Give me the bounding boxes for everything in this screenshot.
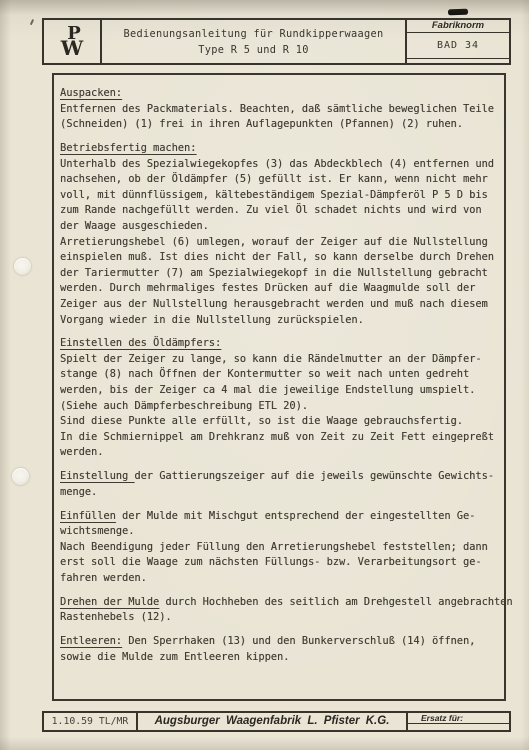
revision-date-code: 1.10.59 TL/MR xyxy=(44,713,138,730)
body-heading-text: Einstellung xyxy=(60,470,134,482)
body-text-segment: Arretierungshebel (6) umlegen, worauf de… xyxy=(60,236,488,248)
norm-empty-row xyxy=(407,59,509,63)
body-line: werden. xyxy=(60,445,526,461)
body-line: zum Rande nachgefüllt werden. Zu viel Öl… xyxy=(60,203,526,219)
body-line: Einfüllen der Mulde mit Mischgut entspre… xyxy=(60,509,526,525)
body-text: Auspacken:Entfernen des Packmaterials. B… xyxy=(60,86,526,665)
body-heading-text: Drehen der Mulde xyxy=(60,596,159,608)
punch-hole xyxy=(12,468,29,485)
body-line: Einstellen des Öldämpfers: xyxy=(60,336,526,352)
body-line: Vorgang wieder in die Nullstellung zurüc… xyxy=(60,313,526,329)
body-line: werden, bis der Zeiger ca 4 mal die jewe… xyxy=(60,383,526,399)
footer-box: 1.10.59 TL/MR Augsburger Waagenfabrik L.… xyxy=(42,711,511,732)
body-text-segment: werden. xyxy=(60,446,103,458)
body-line: fahren werden. xyxy=(60,571,526,587)
punch-hole xyxy=(14,258,31,275)
body-text-segment: Vorgang wieder in die Nullstellung zurüc… xyxy=(60,314,364,326)
body-text-segment: (Siehe auch Dämpferbeschreibung ETL 20). xyxy=(60,400,308,412)
body-text-segment: der Mulde mit Mischgut entsprechend der … xyxy=(116,510,476,522)
ink-smudge xyxy=(448,9,468,16)
body-text-segment: menge. xyxy=(60,486,97,498)
body-text-segment: Unterhalb des Spezialwiegekopfes (3) das… xyxy=(60,158,494,170)
body-line: Unterhalb des Spezialwiegekopfes (3) das… xyxy=(60,157,526,173)
body-text-segment: der Gattierungszeiger auf die jeweils ge… xyxy=(134,470,494,482)
body-text-segment: Spielt der Zeiger zu lange, so kann die … xyxy=(60,353,482,365)
body-line: Entfernen des Packmaterials. Beachten, d… xyxy=(60,102,526,118)
body-heading-text: Betriebsfertig machen: xyxy=(60,142,196,154)
title-line-1: Bedienungsanleitung für Rundkipperwaagen xyxy=(124,28,384,40)
norm-label: Fabriknorm xyxy=(407,20,509,33)
body-line: Arretierungshebel (6) umlegen, worauf de… xyxy=(60,235,526,251)
body-line: Betriebsfertig machen: xyxy=(60,141,526,157)
body-heading-text: Auspacken: xyxy=(60,87,122,99)
body-heading-text: Einfüllen xyxy=(60,510,116,522)
body-text-segment: Entfernen des Packmaterials. Beachten, d… xyxy=(60,103,494,115)
body-line: Rastenhebels (12). xyxy=(60,610,526,626)
body-line: In die Schmiernippel am Drehkranz muß vo… xyxy=(60,430,526,446)
body-line: Drehen der Mulde durch Hochheben des sei… xyxy=(60,595,526,611)
body-line: (Schneiden) (1) frei in ihren Auflagepun… xyxy=(60,117,526,133)
body-line: der Tariermutter (7) am Spezialwiegekopf… xyxy=(60,266,526,282)
norm-number: BAD 34 xyxy=(407,33,509,59)
body-text-segment: werden. Durch mehrmaliges festes Drücken… xyxy=(60,282,475,294)
body-text-segment: durch Hochheben des seitlich am Drehgest… xyxy=(159,596,512,608)
body-line: Zeiger aus der Nullstellung herausgebrac… xyxy=(60,297,526,313)
body-text-segment: einspielen muß. Ist dies nicht der Fall,… xyxy=(60,251,494,263)
body-text-segment: (Schneiden) (1) frei in ihren Auflagepun… xyxy=(60,118,463,130)
body-line: Einstellung der Gattierungszeiger auf di… xyxy=(60,469,526,485)
body-text-segment: In die Schmiernippel am Drehkranz muß vo… xyxy=(60,431,494,443)
body-line: Entleeren: Den Sperrhaken (13) und den B… xyxy=(60,634,526,650)
body-text-segment: sowie die Mulde zum Entleeren kippen. xyxy=(60,651,289,663)
body-line: der Waage ausgeschieden. xyxy=(60,219,526,235)
body-text-segment: zum Rande nachgefüllt werden. Zu viel Öl… xyxy=(60,204,482,216)
body-text-segment: nachsehen, ob der Öldämpfer (5) gefüllt … xyxy=(60,173,488,185)
body-line: sowie die Mulde zum Entleeren kippen. xyxy=(60,650,526,666)
replacement-label: Ersatz für: xyxy=(408,713,509,724)
body-line: voll, mit dünnflüssigem, kältebeständige… xyxy=(60,188,526,204)
body-line: (Siehe auch Dämpferbeschreibung ETL 20). xyxy=(60,399,526,415)
body-line: erst soll die Waage zum nächsten Füllung… xyxy=(60,555,526,571)
body-line: Sind diese Punkte alle erfüllt, so ist d… xyxy=(60,414,526,430)
body-text-segment: fahren werden. xyxy=(60,572,147,584)
company-name: Augsburger Waagenfabrik L. Pfister K.G. xyxy=(138,713,408,730)
body-text-segment: Nach Beendigung jeder Füllung den Arreti… xyxy=(60,541,488,553)
body-text-segment: werden, bis der Zeiger ca 4 mal die jewe… xyxy=(60,384,475,396)
body-line: menge. xyxy=(60,485,526,501)
body-text-segment: erst soll die Waage zum nächsten Füllung… xyxy=(60,556,482,568)
body-line: Auspacken: xyxy=(60,86,526,102)
logo-letter-p: P xyxy=(67,27,81,40)
header-box: P W Bedienungsanleitung für Rundkipperwa… xyxy=(42,18,511,65)
body-text-segment: Sind diese Punkte alle erfüllt, so ist d… xyxy=(60,415,463,427)
body-text-segment: der Tariermutter (7) am Spezialwiegekopf… xyxy=(60,267,488,279)
scanned-page: P W Bedienungsanleitung für Rundkipperwa… xyxy=(0,0,529,750)
body-line: werden. Durch mehrmaliges festes Drücken… xyxy=(60,281,526,297)
body-text-segment: stange (8) nach Öffnen der Kontermutter … xyxy=(60,368,469,380)
replacement-empty-row xyxy=(408,724,509,730)
body-text-segment: Den Sperrhaken (13) und den Bunkerversch… xyxy=(122,635,475,647)
body-text-segment: voll, mit dünnflüssigem, kältebeständige… xyxy=(60,189,488,201)
body-heading-text: Einstellen des Öldämpfers: xyxy=(60,337,221,349)
body-heading-text: Entleeren: xyxy=(60,635,122,647)
body-line: einspielen muß. Ist dies nicht der Fall,… xyxy=(60,250,526,266)
replacement-box: Ersatz für: xyxy=(408,713,509,730)
body-line: stange (8) nach Öffnen der Kontermutter … xyxy=(60,367,526,383)
pen-tick-mark xyxy=(30,19,34,25)
body-line: Nach Beendigung jeder Füllung den Arreti… xyxy=(60,540,526,556)
title-line-2: Type R 5 und R 10 xyxy=(198,44,309,56)
body-line: nachsehen, ob der Öldämpfer (5) gefüllt … xyxy=(60,172,526,188)
norm-box: Fabriknorm BAD 34 xyxy=(407,20,509,63)
body-text-segment: Rastenhebels (12). xyxy=(60,611,172,623)
body-line: wichtsmenge. xyxy=(60,524,526,540)
document-title: Bedienungsanleitung für Rundkipperwaagen… xyxy=(102,20,407,63)
body-text-segment: der Waage ausgeschieden. xyxy=(60,220,209,232)
body-line: Spielt der Zeiger zu lange, so kann die … xyxy=(60,352,526,368)
body-text-segment: wichtsmenge. xyxy=(60,525,134,537)
company-logo: P W xyxy=(44,20,102,63)
body-text-segment: Zeiger aus der Nullstellung herausgebrac… xyxy=(60,298,488,310)
